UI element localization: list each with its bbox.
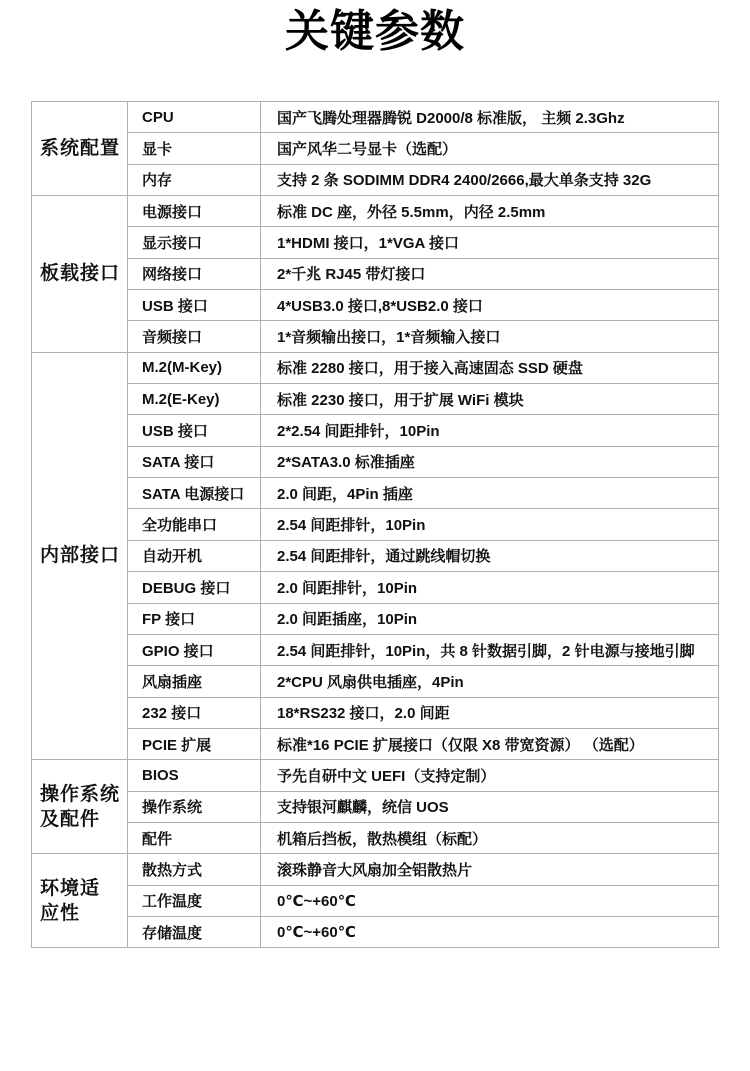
param-value-cell: 2.0 间距，4Pin 插座 bbox=[261, 478, 719, 509]
param-value-cell: 标准*16 PCIE 扩展接口（仅限 X8 带宽资源） （选配） bbox=[261, 728, 719, 759]
param-name-cell: USB 接口 bbox=[128, 415, 261, 446]
param-value-cell: 标准 2230 接口，用于扩展 WiFi 模块 bbox=[261, 384, 719, 415]
param-value-cell: 2.0 间距插座，10Pin bbox=[261, 603, 719, 634]
param-value-cell: 18*RS232 接口，2.0 间距 bbox=[261, 697, 719, 728]
param-value-cell: 2.0 间距排针，10Pin bbox=[261, 572, 719, 603]
table-row: 板载接口 电源接口 标准 DC 座，外径 5.5mm，内径 2.5mm bbox=[32, 196, 719, 227]
param-name-cell: 配件 bbox=[128, 822, 261, 853]
param-name-cell: 内存 bbox=[128, 164, 261, 195]
param-name-cell: DEBUG 接口 bbox=[128, 572, 261, 603]
table-row: M.2(E-Key) 标准 2230 接口，用于扩展 WiFi 模块 bbox=[32, 384, 719, 415]
param-name-cell: 散热方式 bbox=[128, 854, 261, 885]
table-row: PCIE 扩展 标准*16 PCIE 扩展接口（仅限 X8 带宽资源） （选配） bbox=[32, 728, 719, 759]
table-row: USB 接口 2*2.54 间距排针，10Pin bbox=[32, 415, 719, 446]
param-value-cell: 2*CPU 风扇供电插座，4Pin bbox=[261, 666, 719, 697]
param-value-cell: 国产风华二号显卡（选配） bbox=[261, 133, 719, 164]
category-onboard-interfaces: 板载接口 bbox=[32, 196, 128, 353]
table-row: 环境适 应性 散热方式 滚珠静音大风扇加全铝散热片 bbox=[32, 854, 719, 885]
param-name-cell: PCIE 扩展 bbox=[128, 728, 261, 759]
table-row: 操作系统 支持银河麒麟，统信 UOS bbox=[32, 791, 719, 822]
category-internal-interfaces: 内部接口 bbox=[32, 352, 128, 759]
table-row: FP 接口 2.0 间距插座，10Pin bbox=[32, 603, 719, 634]
param-value-cell: 2.54 间距排针，10Pin bbox=[261, 509, 719, 540]
param-value-cell: 0℃~+60℃ bbox=[261, 885, 719, 916]
category-system-config: 系统配置 bbox=[32, 102, 128, 196]
table-row: 配件 机箱后挡板，散热模组（标配） bbox=[32, 822, 719, 853]
table-row: SATA 接口 2*SATA3.0 标准插座 bbox=[32, 446, 719, 477]
table-row: SATA 电源接口 2.0 间距，4Pin 插座 bbox=[32, 478, 719, 509]
param-name-cell: 音频接口 bbox=[128, 321, 261, 352]
param-name-cell: USB 接口 bbox=[128, 290, 261, 321]
param-value-cell: 机箱后挡板，散热模组（标配） bbox=[261, 822, 719, 853]
param-value-cell: 予先自研中文 UEFI（支持定制） bbox=[261, 760, 719, 791]
table-row: 工作温度 0℃~+60℃ bbox=[32, 885, 719, 916]
param-name-cell: 显卡 bbox=[128, 133, 261, 164]
table-row: 显示接口 1*HDMI 接口，1*VGA 接口 bbox=[32, 227, 719, 258]
table-row: GPIO 接口 2.54 间距排针，10Pin，共 8 针数据引脚，2 针电源与… bbox=[32, 634, 719, 665]
table-row: 音频接口 1*音频输出接口，1*音频输入接口 bbox=[32, 321, 719, 352]
param-name-cell: 全功能串口 bbox=[128, 509, 261, 540]
param-value-cell: 1*HDMI 接口，1*VGA 接口 bbox=[261, 227, 719, 258]
param-name-cell: 网络接口 bbox=[128, 258, 261, 289]
param-value-cell: 2*2.54 间距排针，10Pin bbox=[261, 415, 719, 446]
table-row: 全功能串口 2.54 间距排针，10Pin bbox=[32, 509, 719, 540]
param-name-cell: SATA 电源接口 bbox=[128, 478, 261, 509]
table-row: 网络接口 2*千兆 RJ45 带灯接口 bbox=[32, 258, 719, 289]
table-row: 系统配置 CPU 国产飞腾处理器腾锐 D2000/8 标准版， 主频 2.3Gh… bbox=[32, 102, 719, 133]
param-name-cell: 电源接口 bbox=[128, 196, 261, 227]
table-row: 232 接口 18*RS232 接口，2.0 间距 bbox=[32, 697, 719, 728]
param-value-cell: 0℃~+60℃ bbox=[261, 916, 719, 947]
param-name-cell: 操作系统 bbox=[128, 791, 261, 822]
table-row: 风扇插座 2*CPU 风扇供电插座，4Pin bbox=[32, 666, 719, 697]
param-name-cell: 显示接口 bbox=[128, 227, 261, 258]
table-row: 内存 支持 2 条 SODIMM DDR4 2400/2666,最大单条支持 3… bbox=[32, 164, 719, 195]
param-value-cell: 支持 2 条 SODIMM DDR4 2400/2666,最大单条支持 32G bbox=[261, 164, 719, 195]
param-name-cell: SATA 接口 bbox=[128, 446, 261, 477]
table-row: 显卡 国产风华二号显卡（选配） bbox=[32, 133, 719, 164]
spec-table: 系统配置 CPU 国产飞腾处理器腾锐 D2000/8 标准版， 主频 2.3Gh… bbox=[31, 101, 719, 948]
page-title: 关键参数 bbox=[0, 0, 750, 54]
param-value-cell: 滚珠静音大风扇加全铝散热片 bbox=[261, 854, 719, 885]
param-name-cell: 存储温度 bbox=[128, 916, 261, 947]
param-name-cell: 自动开机 bbox=[128, 540, 261, 571]
table-row: 操作系统 及配件 BIOS 予先自研中文 UEFI（支持定制） bbox=[32, 760, 719, 791]
param-name-cell: 风扇插座 bbox=[128, 666, 261, 697]
param-name-cell: CPU bbox=[128, 102, 261, 133]
category-environmental-adaptability: 环境适 应性 bbox=[32, 854, 128, 948]
table-row: 内部接口 M.2(M-Key) 标准 2280 接口，用于接入高速固态 SSD … bbox=[32, 352, 719, 383]
table-row: DEBUG 接口 2.0 间距排针，10Pin bbox=[32, 572, 719, 603]
param-name-cell: BIOS bbox=[128, 760, 261, 791]
param-value-cell: 2.54 间距排针，通过跳线帽切换 bbox=[261, 540, 719, 571]
table-row: 存储温度 0℃~+60℃ bbox=[32, 916, 719, 947]
param-value-cell: 标准 DC 座，外径 5.5mm，内径 2.5mm bbox=[261, 196, 719, 227]
category-os-and-accessories: 操作系统 及配件 bbox=[32, 760, 128, 854]
param-value-cell: 支持银河麒麟，统信 UOS bbox=[261, 791, 719, 822]
table-row: 自动开机 2.54 间距排针，通过跳线帽切换 bbox=[32, 540, 719, 571]
param-name-cell: GPIO 接口 bbox=[128, 634, 261, 665]
param-name-cell: 232 接口 bbox=[128, 697, 261, 728]
param-value-cell: 2*SATA3.0 标准插座 bbox=[261, 446, 719, 477]
param-value-cell: 1*音频输出接口，1*音频输入接口 bbox=[261, 321, 719, 352]
param-name-cell: 工作温度 bbox=[128, 885, 261, 916]
param-value-cell: 2.54 间距排针，10Pin，共 8 针数据引脚，2 针电源与接地引脚 bbox=[261, 634, 719, 665]
param-value-cell: 4*USB3.0 接口,8*USB2.0 接口 bbox=[261, 290, 719, 321]
param-value-cell: 标准 2280 接口，用于接入高速固态 SSD 硬盘 bbox=[261, 352, 719, 383]
param-name-cell: M.2(M-Key) bbox=[128, 352, 261, 383]
param-value-cell: 2*千兆 RJ45 带灯接口 bbox=[261, 258, 719, 289]
param-value-cell: 国产飞腾处理器腾锐 D2000/8 标准版， 主频 2.3Ghz bbox=[261, 102, 719, 133]
table-row: USB 接口 4*USB3.0 接口,8*USB2.0 接口 bbox=[32, 290, 719, 321]
param-name-cell: FP 接口 bbox=[128, 603, 261, 634]
param-name-cell: M.2(E-Key) bbox=[128, 384, 261, 415]
